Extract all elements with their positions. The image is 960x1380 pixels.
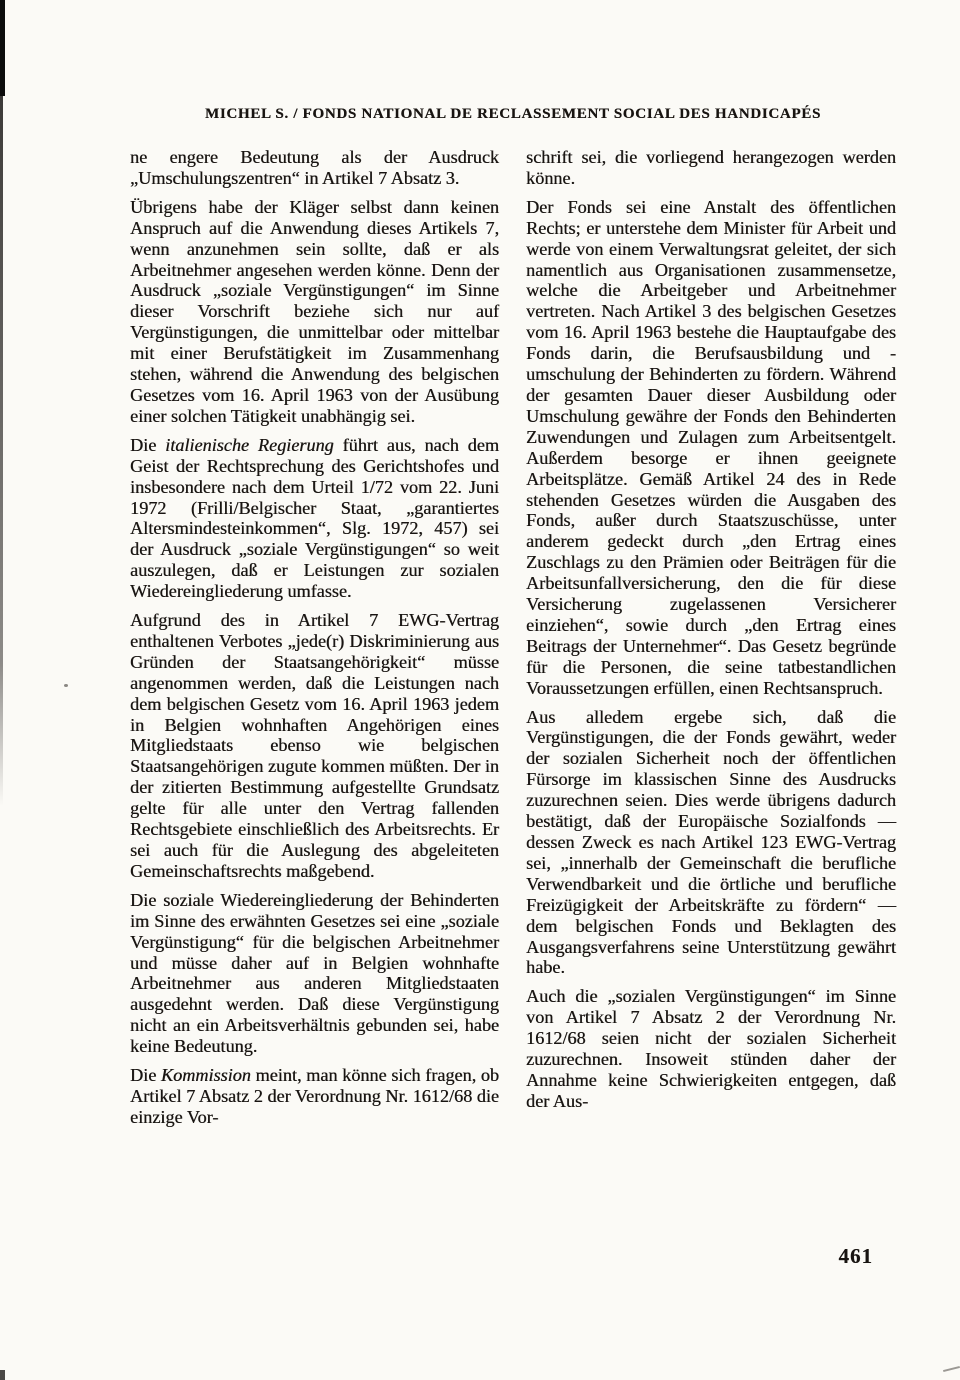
emphasized-text: Kommission bbox=[161, 1065, 251, 1085]
right-column: schrift sei, die vorliegend herangezogen… bbox=[526, 147, 896, 1136]
paragraph-text: Die bbox=[130, 1065, 161, 1085]
page-number: 461 bbox=[130, 1244, 873, 1269]
paragraph: Übrigens habe der Kläger selbst dann kei… bbox=[130, 197, 499, 427]
paragraph-text: Übrigens habe der Kläger selbst dann kei… bbox=[130, 197, 499, 426]
paragraph-text: Aus alledem ergebe sich, daß die Vergüns… bbox=[526, 707, 896, 978]
paragraph-text: Der Fonds sei eine Anstalt des öffentlic… bbox=[526, 197, 896, 698]
paragraph: Der Fonds sei eine Anstalt des öffentlic… bbox=[526, 197, 896, 699]
paragraph-text: Die bbox=[130, 435, 165, 455]
paragraph-text: ne engere Bedeutung als der Ausdruck „Um… bbox=[130, 147, 499, 188]
page-header: MICHEL S. / FONDS NATIONAL DE RECLASSEME… bbox=[130, 106, 896, 123]
left-column: ne engere Bedeutung als der Ausdruck „Um… bbox=[130, 147, 499, 1136]
paragraph-text: schrift sei, die vorliegend herangezogen… bbox=[526, 147, 896, 188]
paragraph-text: Die soziale Wiedereingliederung der Behi… bbox=[130, 890, 499, 1056]
paragraph: schrift sei, die vorliegend herangezogen… bbox=[526, 147, 896, 189]
paragraph: Die soziale Wiedereingliederung der Behi… bbox=[130, 890, 499, 1057]
scan-artifact-left-bar-top bbox=[0, 0, 5, 96]
paragraph: Auch die „sozialen Vergünstigungen“ im S… bbox=[526, 986, 896, 1111]
paragraph-text: Auch die „sozialen Vergünstigungen“ im S… bbox=[526, 986, 896, 1111]
emphasized-text: italienische Regierung bbox=[165, 435, 334, 455]
paragraph: Die italienische Regierung führt aus, na… bbox=[130, 435, 499, 602]
paragraph: Aus alledem ergebe sich, daß die Vergüns… bbox=[526, 707, 896, 979]
text-columns: ne engere Bedeutung als der Ausdruck „Um… bbox=[130, 147, 896, 1136]
scan-artifact-speck bbox=[64, 684, 68, 687]
paragraph-text: führt aus, nach dem Geist der Rechtsprec… bbox=[130, 435, 499, 601]
paragraph: Die Kommission meint, man könne sich fra… bbox=[130, 1065, 499, 1128]
paragraph: ne engere Bedeutung als der Ausdruck „Um… bbox=[130, 147, 499, 189]
scan-artifact-bottom-right bbox=[943, 1366, 960, 1372]
paragraph: Aufgrund des in Artikel 7 EWG-Vertrag en… bbox=[130, 610, 499, 882]
scan-artifact-left-bar bbox=[0, 96, 3, 806]
scan-artifact-bottom-left bbox=[0, 1370, 5, 1380]
paragraph-text: Aufgrund des in Artikel 7 EWG-Vertrag en… bbox=[130, 610, 499, 881]
